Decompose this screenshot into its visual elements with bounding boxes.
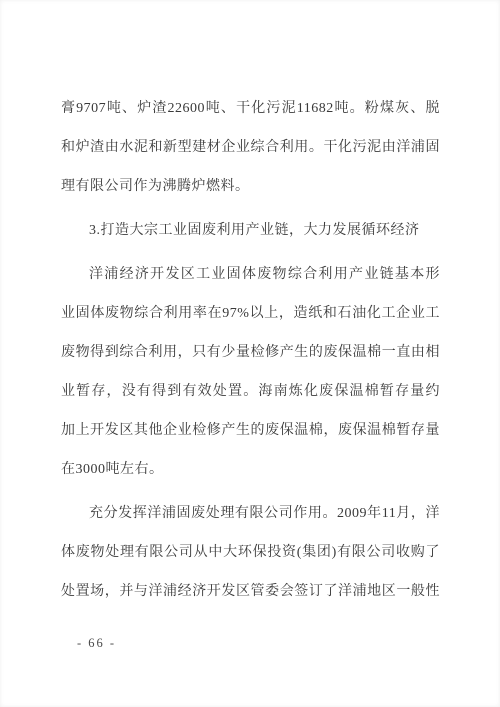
text-line: 3.打造大宗工业固废利用产业链，大力发展循环经济 — [61, 211, 440, 250]
text-line: 体废物处理有限公司从中大环保投资(集团)有限公司收购了固废 — [61, 533, 440, 572]
text-line: 理有限公司作为沸腾炉燃料。 — [61, 167, 440, 206]
text-line: 充分发挥洋浦固废处理有限公司作用。2009年11月，洋浦固 — [61, 494, 440, 533]
text-line: 废物得到综合利用，只有少量检修产生的废保温棉一直由相关企 — [61, 333, 440, 372]
page-number: - 66 - — [77, 633, 116, 653]
text-line: 洋浦经济开发区工业固体废物综合利用产业链基本形成，工 — [61, 255, 440, 294]
text-line: 业固体废物综合利用率在97%以上，造纸和石油化工企业工业固体 — [61, 294, 440, 333]
text-line: 膏9707吨、炉渣22600吨、干化污泥11682吨。粉煤灰、脱硫石膏 — [61, 89, 440, 128]
text-block: 膏9707吨、炉渣22600吨、干化污泥11682吨。粉煤灰、脱硫石膏和炉渣由水… — [61, 89, 440, 611]
page: 膏9707吨、炉渣22600吨、干化污泥11682吨。粉煤灰、脱硫石膏和炉渣由水… — [0, 0, 500, 707]
text-line: 在3000吨左右。 — [61, 450, 440, 489]
text-line: 和炉渣由水泥和新型建材企业综合利用。干化污泥由洋浦固废处 — [61, 128, 440, 167]
section-heading: 3.打造大宗工业固废利用产业链，大力发展循环经济 — [61, 211, 440, 250]
document-page: { "document": { "page_background": "#fff… — [0, 0, 500, 707]
text-line: 业暂存，没有得到有效处置。海南炼化废保温棉暂存量约2000吨， — [61, 372, 440, 411]
paragraph-industrial-solid-waste: 洋浦经济开发区工业固体废物综合利用产业链基本形成，工业固体废物综合利用率在97%… — [61, 255, 440, 489]
paragraph-continuation: 膏9707吨、炉渣22600吨、干化污泥11682吨。粉煤灰、脱硫石膏和炉渣由水… — [61, 89, 440, 206]
paragraph-yangpu-company: 充分发挥洋浦固废处理有限公司作用。2009年11月，洋浦固体废物处理有限公司从中… — [61, 494, 440, 611]
text-line: 加上开发区其他企业检修产生的废保温棉，废保温棉暂存量合计 — [61, 411, 440, 450]
text-line: 处置场，并与洋浦经济开发区管委会签订了洋浦地区一般性工业 — [61, 572, 440, 611]
